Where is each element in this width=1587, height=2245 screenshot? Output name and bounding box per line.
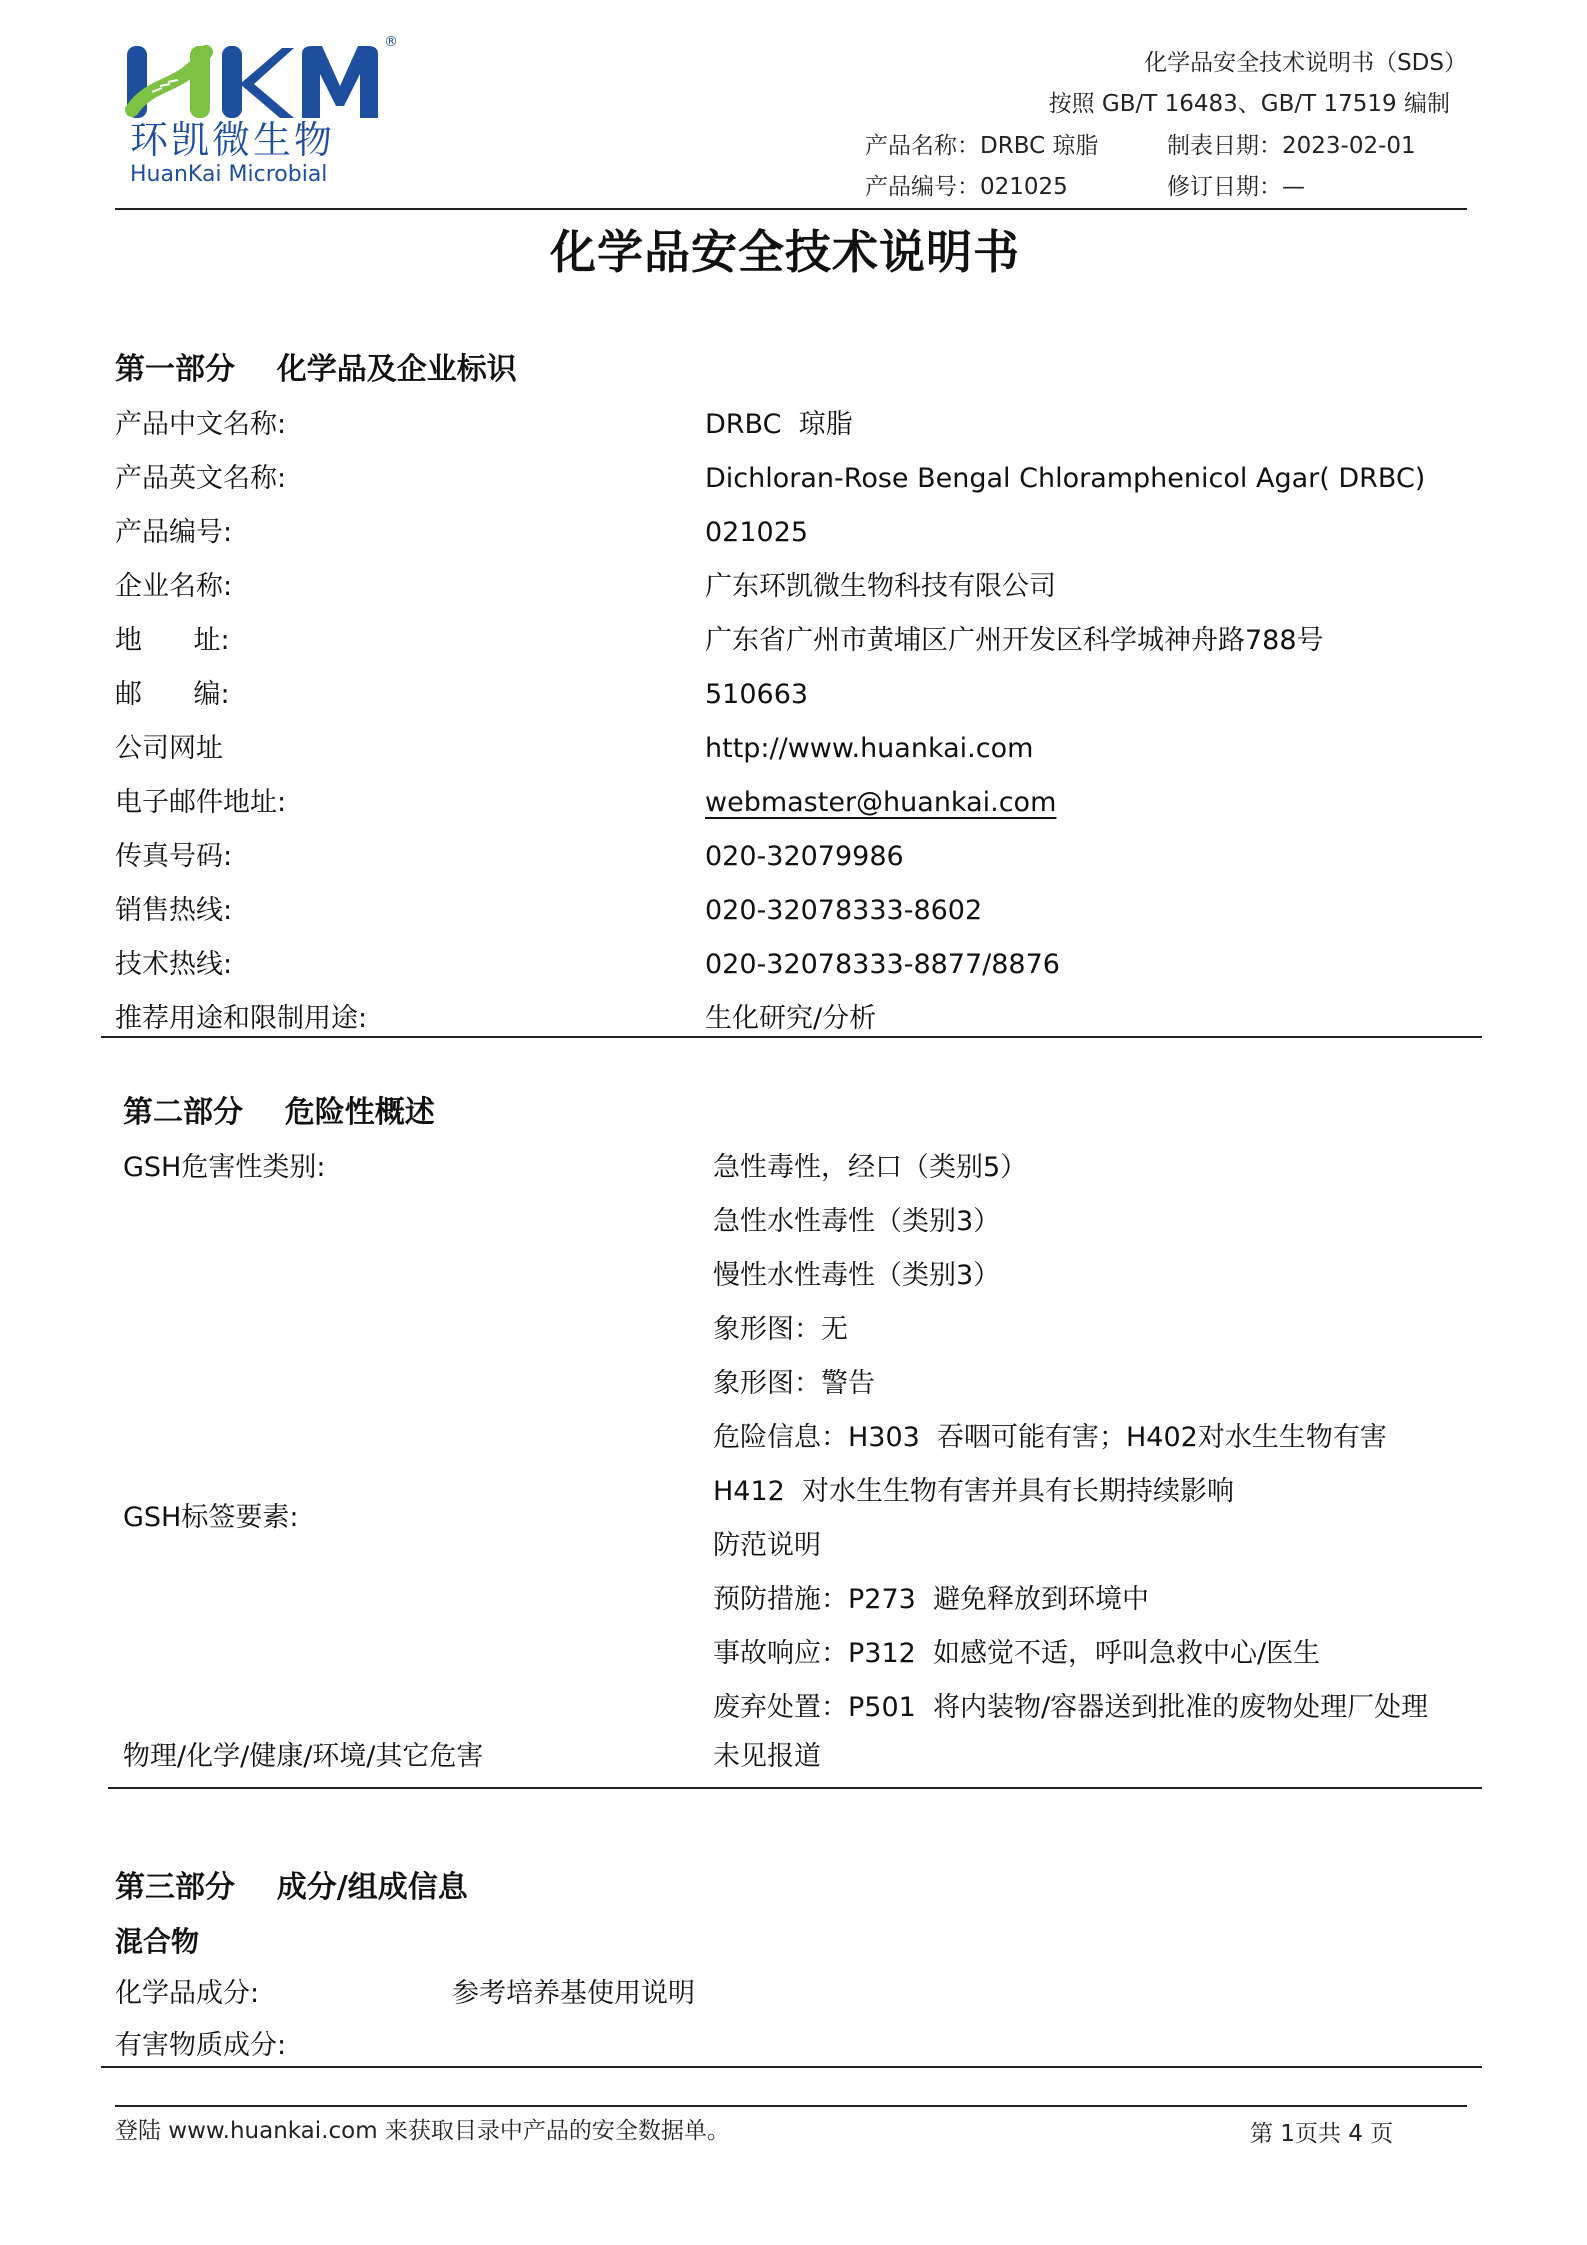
hazard-line: 废弃处置：P501 将内装物/容器送到批准的废物处理厂处理 bbox=[713, 1690, 1428, 1726]
ghs-class-label: GSH危害性类别: bbox=[123, 1150, 325, 1186]
hazard-line: 象形图：无 bbox=[713, 1312, 848, 1348]
row-value: DRBC 琼脂 bbox=[705, 407, 853, 443]
row-label: 邮 编: bbox=[115, 677, 230, 713]
row-label: 企业名称: bbox=[115, 569, 232, 605]
row-label: 地 址: bbox=[115, 623, 230, 659]
header-divider bbox=[115, 208, 1467, 210]
product-name-value: DRBC 琼脂 bbox=[980, 133, 1098, 159]
product-code-value: 021025 bbox=[980, 174, 1068, 200]
section3-subheading: 混合物 bbox=[115, 1922, 199, 1962]
row-label: 有害物质成分: bbox=[115, 2028, 286, 2064]
email-link[interactable]: webmaster@huankai.com bbox=[705, 785, 1056, 821]
hazard-line: 未见报道 bbox=[713, 1739, 821, 1775]
company-logo: ® 环凯微生物 HuanKai Microbial bbox=[122, 40, 402, 190]
revised-date-value: — bbox=[1282, 174, 1305, 200]
header-standard: 按照 GB/T 16483、GB/T 17519 编制 bbox=[1049, 90, 1450, 118]
row-label: 产品中文名称: bbox=[115, 407, 286, 443]
logo-en-name: HuanKai Microbial bbox=[130, 162, 327, 188]
header-revised-date: 修订日期：— bbox=[1167, 173, 1305, 201]
hazard-line: 象形图：警告 bbox=[713, 1366, 875, 1402]
hazard-line: 危险信息：H303 吞咽可能有害；H402对水生生物有害 bbox=[713, 1420, 1387, 1456]
website-link[interactable]: http://www.huankai.com bbox=[705, 731, 1033, 767]
row-value: 生化研究/分析 bbox=[705, 1001, 876, 1037]
section3-heading: 第三部分 成分/组成信息 bbox=[115, 1868, 468, 1908]
row-label: 公司网址 bbox=[115, 731, 223, 767]
row-value: Dichloran-Rose Bengal Chloramphenicol Ag… bbox=[705, 461, 1425, 497]
row-label: 产品编号: bbox=[115, 515, 232, 551]
row-value: 广东环凯微生物科技有限公司 bbox=[705, 569, 1056, 605]
row-label: 产品英文名称: bbox=[115, 461, 286, 497]
row-value: 021025 bbox=[705, 515, 808, 551]
row-value: 020-32078333-8602 bbox=[705, 893, 982, 929]
made-date-value: 2023-02-01 bbox=[1282, 133, 1416, 159]
hazard-line: 慢性水性毒性（类别3） bbox=[713, 1258, 1000, 1294]
row-value: 参考培养基使用说明 bbox=[452, 1976, 695, 2012]
hazard-line: 预防措施：P273 避免释放到环境中 bbox=[713, 1582, 1149, 1618]
hazard-line: H412 对水生生物有害并具有长期持续影响 bbox=[713, 1474, 1234, 1510]
revised-date-label: 修订日期： bbox=[1167, 174, 1282, 200]
row-label: 推荐用途和限制用途: bbox=[115, 1001, 367, 1037]
made-date-label: 制表日期： bbox=[1167, 133, 1282, 159]
header-doc-type: 化学品安全技术说明书（SDS） bbox=[1144, 49, 1467, 77]
hazard-line: 急性毒性，经口（类别5） bbox=[713, 1150, 1027, 1186]
page-number: 第 1页共 4 页 bbox=[1250, 2119, 1393, 2149]
hkm-logo-mark-icon bbox=[122, 40, 402, 120]
row-label: 传真号码: bbox=[115, 839, 232, 875]
footer-divider bbox=[115, 2105, 1467, 2107]
registered-mark: ® bbox=[384, 34, 398, 50]
ghs-label-elements-label: GSH标签要素: bbox=[123, 1500, 298, 1536]
header-made-date: 制表日期：2023-02-01 bbox=[1167, 132, 1416, 160]
page-title: 化学品安全技术说明书 bbox=[550, 224, 1020, 280]
logo-cn-name: 环凯微生物 bbox=[130, 118, 335, 162]
hazard-line: 防范说明 bbox=[713, 1528, 821, 1564]
row-label: 电子邮件地址: bbox=[115, 785, 286, 821]
row-value: 020-32078333-8877/8876 bbox=[705, 947, 1060, 983]
header-product-name: 产品名称：DRBC 琼脂 bbox=[865, 132, 1098, 160]
other-hazards-label: 物理/化学/健康/环境/其它危害 bbox=[123, 1739, 483, 1775]
row-value: 510663 bbox=[705, 677, 808, 713]
section2-heading: 第二部分 危险性概述 bbox=[123, 1093, 435, 1133]
product-code-label: 产品编号： bbox=[865, 174, 980, 200]
hazard-line: 急性水性毒性（类别3） bbox=[713, 1204, 1000, 1240]
section2-divider bbox=[108, 1787, 1482, 1789]
hazard-line: 事故响应：P312 如感觉不适，呼叫急救中心/医生 bbox=[713, 1636, 1320, 1672]
row-value: 广东省广州市黄埔区广州开发区科学城神舟路788号 bbox=[705, 623, 1324, 659]
row-label: 销售热线: bbox=[115, 893, 232, 929]
row-label: 技术热线: bbox=[115, 947, 232, 983]
section3-divider bbox=[101, 2066, 1482, 2068]
row-label: 化学品成分: bbox=[115, 1976, 259, 2012]
section1-divider bbox=[101, 1036, 1482, 1038]
section1-heading: 第一部分 化学品及企业标识 bbox=[115, 350, 517, 390]
product-name-label: 产品名称： bbox=[865, 133, 980, 159]
header-product-code: 产品编号：021025 bbox=[865, 173, 1068, 201]
footer-note: 登陆 www.huankai.com 来获取目录中产品的安全数据单。 bbox=[115, 2116, 730, 2146]
row-value: 020-32079986 bbox=[705, 839, 904, 875]
